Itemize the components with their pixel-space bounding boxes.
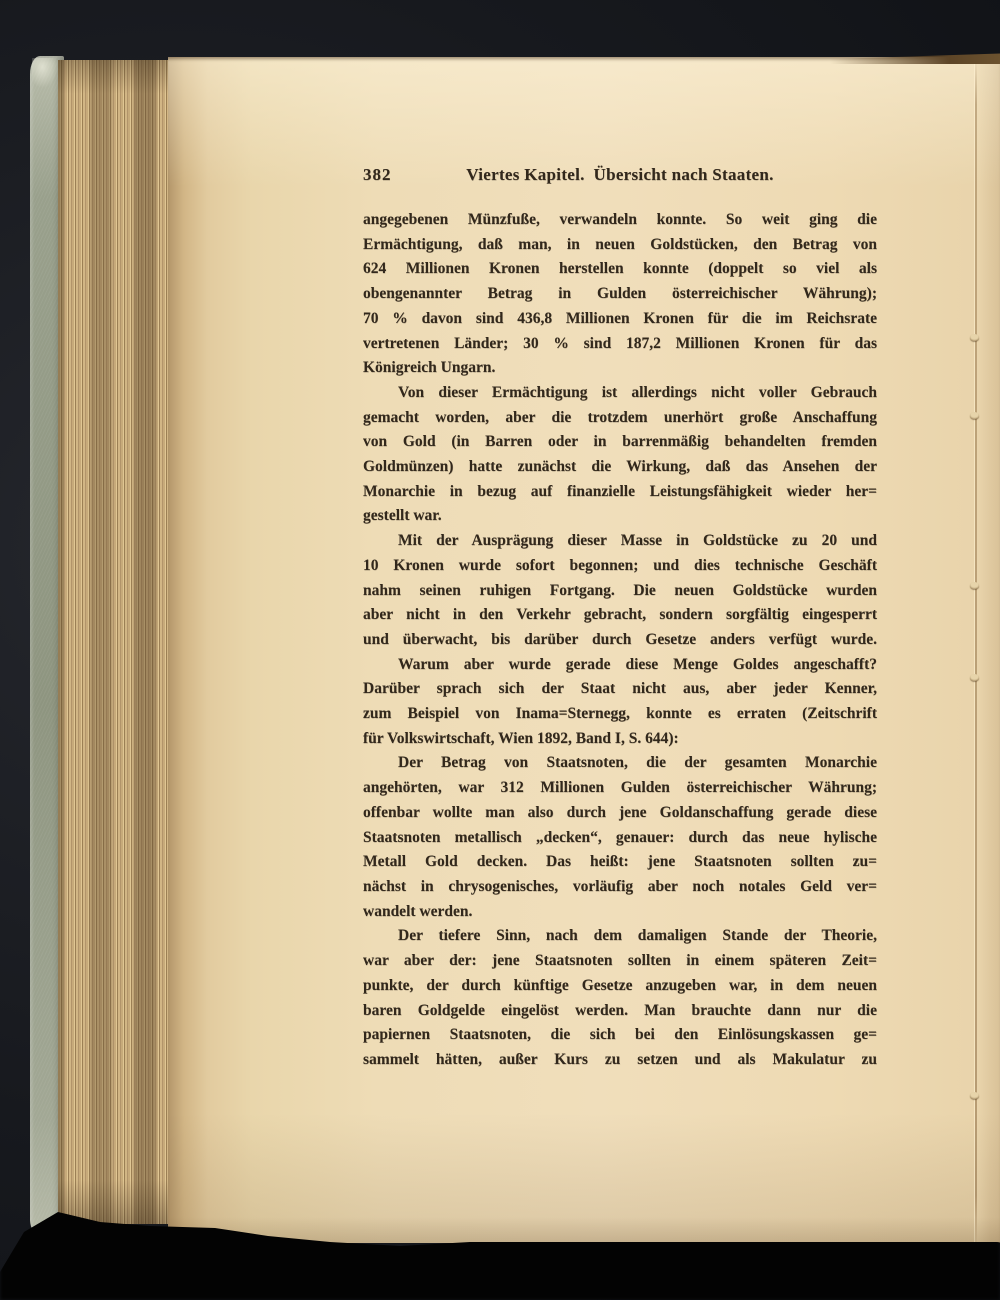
text-line: 624 Millionen Kronen herstellen konnte (… [363,257,877,282]
page-content: 382 Viertes Kapitel. Übersicht nach Staa… [363,165,877,1073]
text-line: Der Betrag von Staatsnoten, die der gesa… [363,751,877,776]
binding-stitch [970,582,979,589]
text-line: Der tiefere Sinn, nach dem damaligen Sta… [363,924,877,949]
text-line: Von dieser Ermächtigung ist allerdings n… [363,381,877,406]
text-line: Darüber sprach sich der Staat nicht aus,… [363,677,877,702]
text-line: wandelt werden. [363,900,877,925]
text-line: obengenannter Betrag in Gulden österreic… [363,282,877,307]
text-line: angegebenen Münzfuße, verwandeln konnte.… [363,208,877,233]
page-header: 382 Viertes Kapitel. Übersicht nach Staa… [363,165,877,187]
book-top-edge [830,53,1000,64]
page-number: 382 [363,165,392,185]
text-line: offenbar wollte man also durch jene Gold… [363,801,877,826]
text-line: Mit der Ausprägung dieser Masse in Golds… [363,529,877,554]
book-page: 382 Viertes Kapitel. Übersicht nach Staa… [168,57,1000,1243]
binding-stitch [970,1092,979,1099]
text-line: gestellt war. [363,504,877,529]
text-line: für Volkswirtschaft, Wien 1892, Band I, … [363,727,877,752]
text-line: punkte, der durch künftige Gesetze anzug… [363,974,877,999]
running-header: Viertes Kapitel. Übersicht nach Staaten. [363,165,877,185]
text-line: sammelt hätten, außer Kurs zu setzen und… [363,1048,877,1073]
text-line: nahm seinen ruhigen Fortgang. Die neuen … [363,579,877,604]
text-line: vertretenen Länder; 30 % sind 187,2 Mill… [363,332,877,357]
text-line: 10 Kronen wurde sofort begonnen; und die… [363,554,877,579]
text-line: war aber der: jene Staatsnoten sollten i… [363,949,877,974]
text-line: nächst in chrysogenisches, vorläufig abe… [363,875,877,900]
text-line: Staatsnoten metallisch „decken“, genauer… [363,826,877,851]
binding-stitch [970,674,979,681]
text-line: Metall Gold decken. Das heißt: jene Staa… [363,850,877,875]
text-line: baren Goldgelde eingelöst werden. Man br… [363,999,877,1024]
text-line: aber nicht in den Verkehr gebracht, sond… [363,603,877,628]
text-line: Warum aber wurde gerade diese Menge Gold… [363,653,877,678]
text-line: angehörten, war 312 Millionen Gulden öst… [363,776,877,801]
photo-background: 382 Viertes Kapitel. Übersicht nach Staa… [0,0,1000,1300]
text-line: Monarchie in bezug auf finanzielle Leist… [363,480,877,505]
text-line: und überwacht, bis darüber durch Gesetze… [363,628,877,653]
binding-stitch [970,334,979,341]
text-line: von Gold (in Barren oder in barrenmäßig … [363,430,877,455]
text-line: gemacht worden, aber die trotzdem unerhö… [363,406,877,431]
text-line: Ermächtigung, daß man, in neuen Goldstüc… [363,233,877,258]
text-line: papiernen Staatsnoten, die sich bei den … [363,1023,877,1048]
text-line: Goldmünzen) hatte zunächst die Wirkung, … [363,455,877,480]
binding-stitch [970,412,979,419]
text-line: zum Beispiel von Inama=Sternegg, konnte … [363,702,877,727]
book-page-stack-edge [58,60,184,1224]
text-line: 70 % davon sind 436,8 Millionen Kronen f… [363,307,877,332]
gutter-crease [975,57,977,1243]
body-text: angegebenen Münzfuße, verwandeln konnte.… [363,208,877,1073]
text-line: Königreich Ungarn. [363,356,877,381]
gutter-fold-shading [977,57,1000,1243]
